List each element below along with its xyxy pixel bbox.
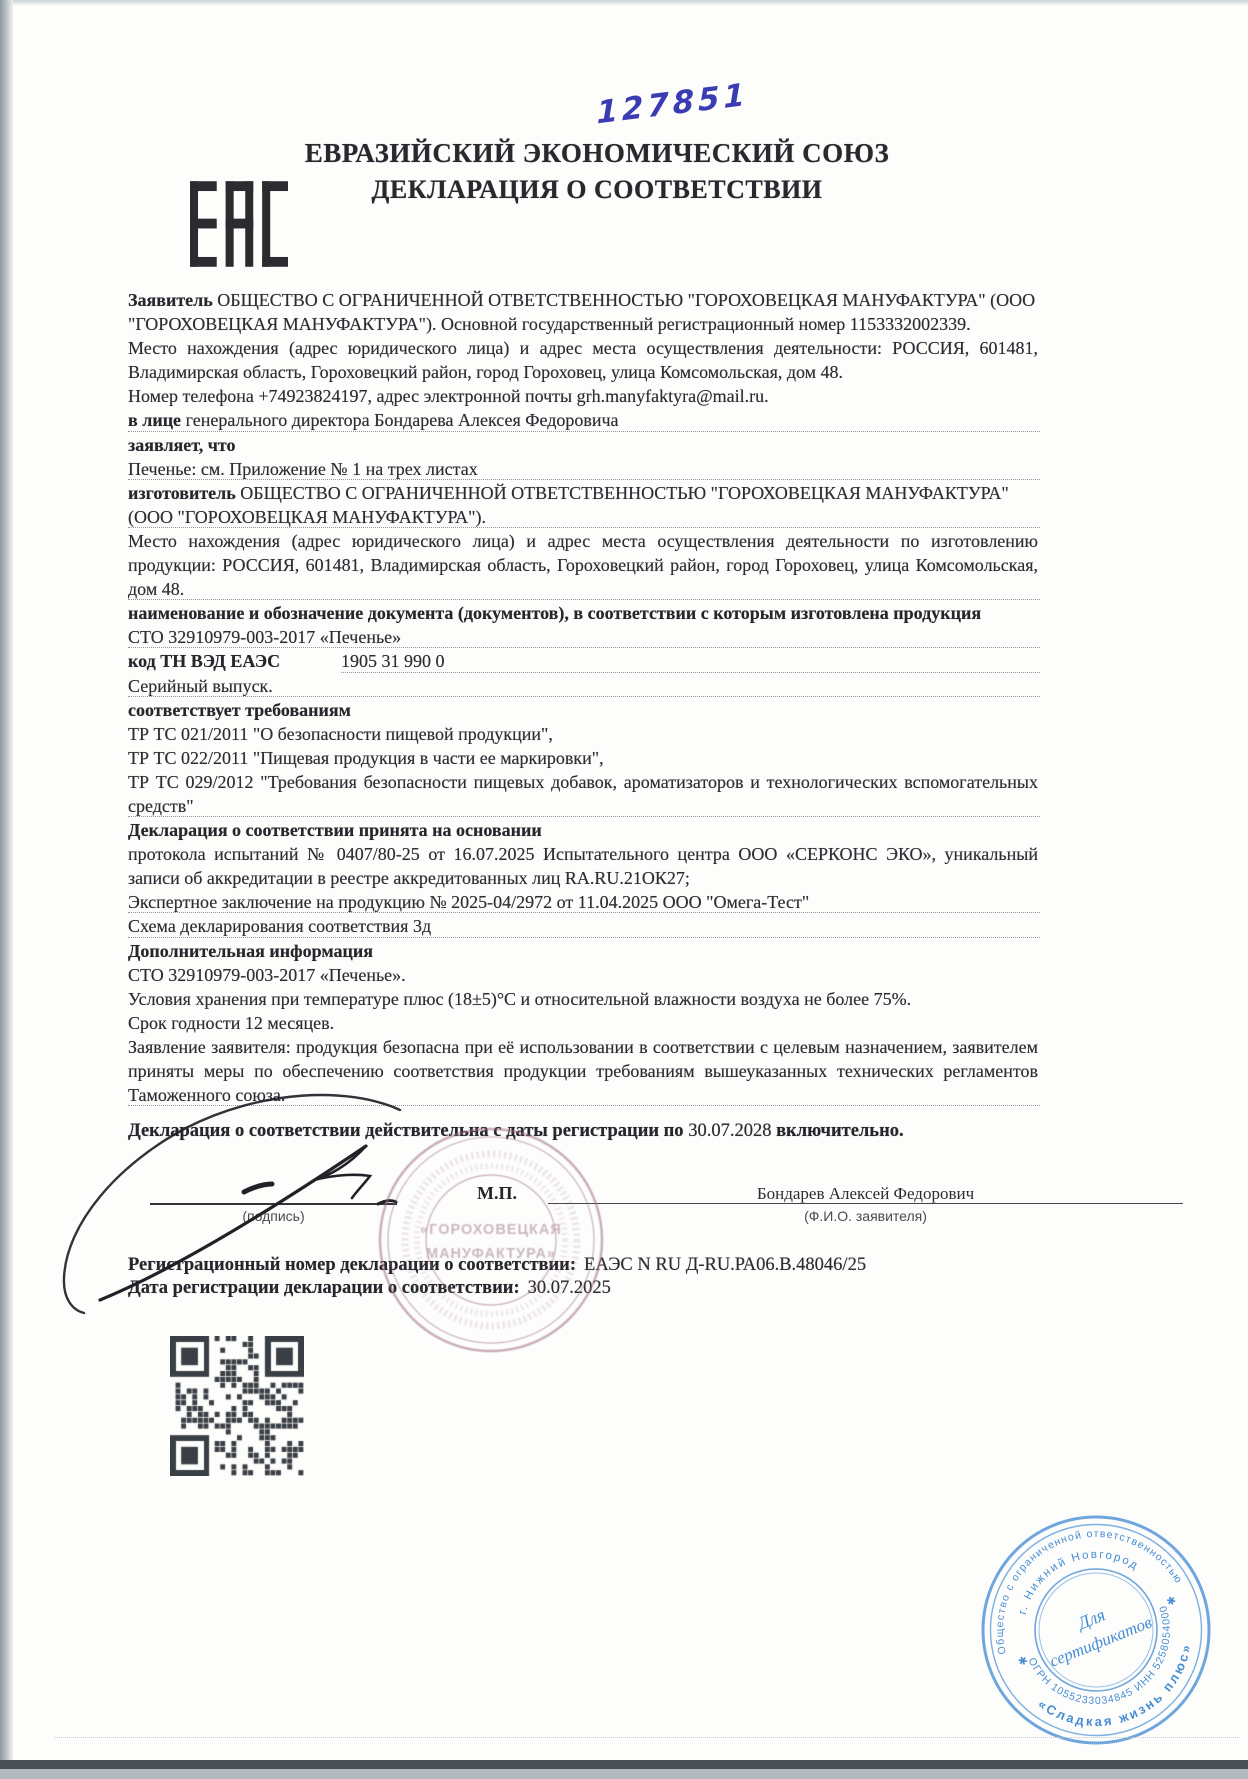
document-line: заявляет, что: [128, 433, 1038, 457]
document-line: СТО 32910979-003-2017 «Печенье».: [128, 963, 1038, 987]
document-line: Заявление заявителя: продукция безопасна…: [128, 1035, 1038, 1059]
document-line: Место нахождения (адрес юридического лиц…: [128, 336, 1038, 360]
document-line: Место нахождения (адрес юридического лиц…: [128, 529, 1038, 553]
document-line: ТР ТС 022/2011 "Пищевая продукция в част…: [128, 746, 1038, 770]
document-line: наименование и обозначение документа (до…: [128, 601, 1038, 625]
stamp-star-right: ✱: [1165, 1594, 1178, 1609]
qr-code: [170, 1336, 304, 1476]
scan-edge-bottom-outer: [0, 1769, 1248, 1779]
company-round-stamp: «ГОРОХОВЕЦКАЯ МАНУФАКТУРА»: [375, 1124, 607, 1356]
applicant-name: Бондарев Алексей Федорович: [548, 1184, 1183, 1204]
stamp-company-line1: «ГОРОХОВЕЦКАЯ: [420, 1222, 562, 1238]
validity-statement: Декларация о соответствии действительна …: [128, 1121, 1088, 1142]
svg-text:ОГРН 1055233034845 ИНН 52580: ОГРН 1055233034845 ИНН 5258054000: [1025, 1602, 1196, 1730]
certification-blue-stamp: Общество с ограниченной ответственностью…: [978, 1512, 1214, 1748]
svg-text:«Сладкая жизнь плюс»: «Сладкая жизнь плюс»: [1032, 1637, 1212, 1748]
stamp-star-left: ✱: [1017, 1654, 1030, 1669]
stamp-ring-ogrn-inn: ОГРН 1055233034845 ИНН 5258054000: [1025, 1602, 1196, 1730]
stamp-center-line1: Для: [1073, 1604, 1108, 1634]
scan-edge-top: [13, 0, 1248, 6]
document-body: Заявитель ОБЩЕСТВО С ОГРАНИЧЕННОЙ ОТВЕТС…: [128, 288, 1038, 1107]
document-line: Заявитель ОБЩЕСТВО С ОГРАНИЧЕННОЙ ОТВЕТС…: [128, 288, 1038, 312]
scan-artifact-line: [55, 1737, 1240, 1738]
document-line: Срок годности 12 месяцев.: [128, 1011, 1038, 1035]
document-line: приняты меры по обеспечению соответствия…: [128, 1059, 1038, 1083]
document-line: изготовитель ОБЩЕСТВО С ОГРАНИЧЕННОЙ ОТВ…: [128, 481, 1038, 505]
document-line-tnved-code: код ТН ВЭД ЕАЭС1905 31 990 0: [128, 649, 1038, 673]
handwritten-number: 127851: [596, 77, 749, 132]
document-line: Владимирская область, Гороховецкий район…: [128, 360, 1038, 384]
mp-seal-label: М.П.: [477, 1183, 517, 1204]
document-header: ЕВРАЗИЙСКИЙ ЭКОНОМИЧЕСКИЙ СОЮЗ ДЕКЛАРАЦИ…: [147, 138, 1047, 205]
document-line: Печенье: см. Приложение № 1 на трех лист…: [128, 457, 1038, 481]
signature-caption: (подпись): [150, 1208, 397, 1224]
document-line: Номер телефона +74923824197, адрес элект…: [128, 384, 1038, 408]
document-line: (ООО "ГОРОХОВЕЦКАЯ МАНУФАКТУРА").: [128, 505, 1038, 529]
validity-until-date: 30.07.2028: [688, 1121, 771, 1141]
document-line: записи об аккредитации в реестре аккреди…: [128, 866, 1038, 890]
signature-line: [150, 1203, 397, 1205]
document-line: СТО 32910979-003-2017 «Печенье»: [128, 625, 1038, 649]
scan-edge-left: [0, 0, 13, 1779]
document-line: соответствует требованиям: [128, 698, 1038, 722]
registration-number-row: Регистрационный номер декларации о соотв…: [128, 1255, 1178, 1278]
document-line: средств": [128, 794, 1038, 818]
document-line: Таможенного союза.: [128, 1083, 1038, 1107]
document-line: дом 48.: [128, 577, 1038, 601]
stamp-ring-city: г. Нижний Новгород: [1003, 1530, 1143, 1620]
document-line: в лице генерального директора Бондарева …: [128, 408, 1038, 432]
scan-edge-bottom: [0, 1760, 1248, 1769]
document-line: ТР ТС 029/2012 "Требования безопасности …: [128, 770, 1038, 794]
document-line: продукции: РОССИЯ, 601481, Владимирская …: [128, 553, 1038, 577]
svg-text:Общество с ограниченной ответс: Общество с ограниченной ответственностью: [978, 1512, 1186, 1657]
stamp-ring-company: Общество с ограниченной ответственностью: [978, 1512, 1186, 1657]
document-title: ДЕКЛАРАЦИЯ О СООТВЕТСТВИИ: [147, 175, 1047, 205]
stamp-center-line2: сертификатов: [1047, 1612, 1155, 1671]
registration-number-value: ЕАЭС N RU Д-RU.РА06.В.48046/25: [584, 1255, 866, 1275]
registration-block: Регистрационный номер декларации о соотв…: [128, 1255, 1178, 1300]
union-title: ЕВРАЗИЙСКИЙ ЭКОНОМИЧЕСКИЙ СОЮЗ: [147, 138, 1047, 168]
registration-date-value: 30.07.2025: [528, 1278, 611, 1298]
stamp-ring-brand: «Сладкая жизнь плюс»: [1032, 1637, 1212, 1748]
document-line: Дополнительная информация: [128, 939, 1038, 963]
document-line: Схема декларирования соответствия 3д: [128, 914, 1038, 938]
fio-caption: (Ф.И.О. заявителя): [548, 1208, 1183, 1224]
document-line: "ГОРОХОВЕЦКАЯ МАНУФАКТУРА"). Основной го…: [128, 312, 1038, 336]
document-line: Серийный выпуск.: [128, 674, 1038, 698]
document-line: ТР ТС 021/2011 "О безопасности пищевой п…: [128, 722, 1038, 746]
document-line: Декларация о соответствии принята на осн…: [128, 818, 1038, 842]
declaration-document-page: 127851 ЕАС ЕВРАЗИЙСКИЙ ЭКОНОМИЧЕСКИЙ СОЮ…: [0, 0, 1248, 1779]
document-line: Условия хранения при температуре плюс (1…: [128, 987, 1038, 1011]
document-line: Экспертное заключение на продукцию № 202…: [128, 890, 1038, 914]
svg-text:г. Нижний Новгород: г. Нижний Новгород: [1003, 1530, 1143, 1620]
registration-date-row: Дата регистрации декларации о соответств…: [128, 1278, 1178, 1301]
document-line: протокола испытаний № 0407/80-25 от 16.0…: [128, 842, 1038, 866]
